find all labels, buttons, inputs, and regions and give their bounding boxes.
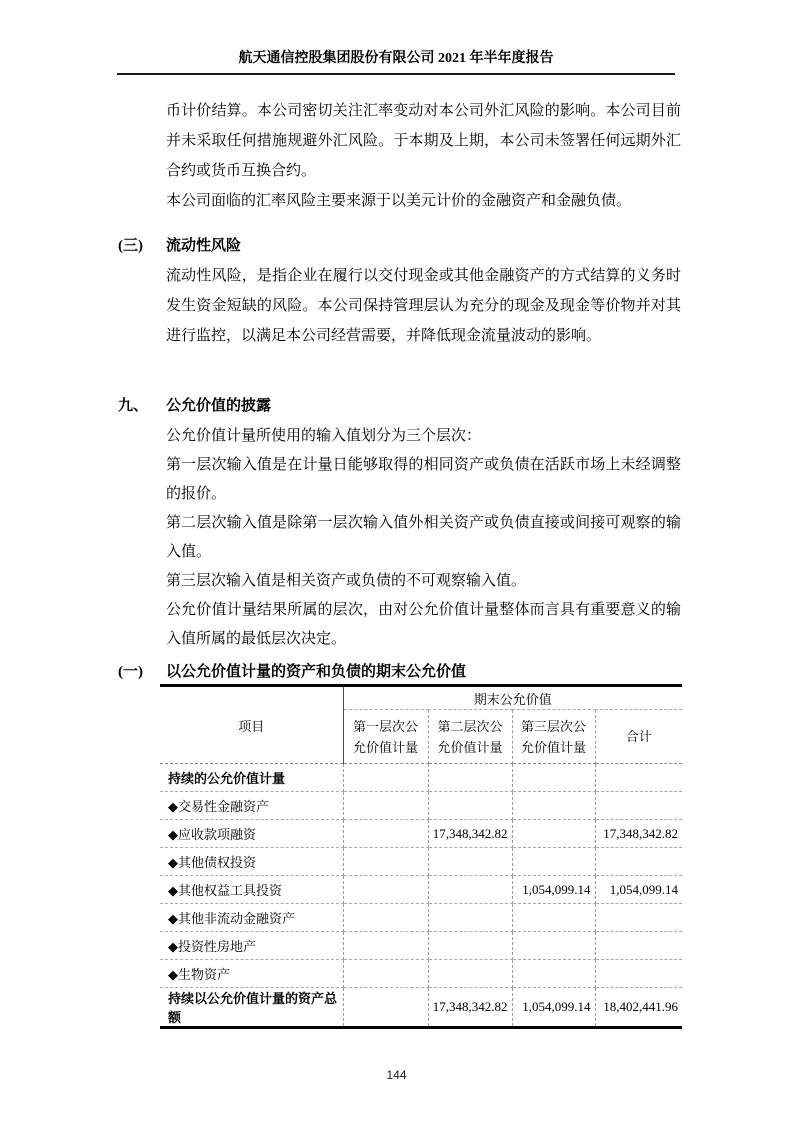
row-value-level2: [428, 960, 512, 988]
row-label: 持续以公允价值计量的资产总额: [160, 988, 343, 1028]
row-value-level1: [343, 960, 428, 988]
table-row: ◆应收款项融资17,348,342.8217,348,342.82: [160, 820, 682, 848]
table-header-group: 期末公允价值: [343, 686, 682, 710]
row-value-level1: [343, 848, 428, 876]
paragraph: 公允价值计量结果所属的层次，由对公允价值计量整体而言具有重要意义的输入值所属的最…: [166, 596, 681, 654]
section-heading: 九、 公允价值的披露: [118, 396, 681, 416]
row-value-level2: [428, 792, 512, 820]
row-label: ◆其他权益工具投资: [160, 876, 343, 904]
row-value-level1: [343, 792, 428, 820]
paragraph: 流动性风险，是指企业在履行以交付现金或其他金融资产的方式结算的义务时发生资金短缺…: [166, 261, 681, 351]
row-value-level3: 1,054,099.14: [512, 876, 595, 904]
report-page: 航天通信控股集团股份有限公司 2021 年半年度报告 币计价结算。本公司密切关注…: [0, 0, 793, 1122]
row-value-total: [595, 960, 682, 988]
page-number: 144: [0, 1068, 793, 1082]
paragraph: 币计价结算。本公司密切关注汇率变动对本公司外汇风险的影响。本公司目前并未采取任何…: [166, 96, 681, 186]
row-value-level3: [512, 932, 595, 960]
row-value-level3: [512, 792, 595, 820]
section-heading: (三) 流动性风险: [118, 236, 681, 256]
table-header-level1: 第一层次公允价值计量: [343, 710, 428, 764]
table-header-item: 项目: [160, 686, 343, 764]
section-title: 以公允价值计量的资产和负债的期末公允价值: [166, 662, 681, 682]
row-value-level1: [343, 904, 428, 932]
section-heading: (一) 以公允价值计量的资产和负债的期末公允价值: [118, 662, 681, 682]
row-value-total: 1,054,099.14: [595, 876, 682, 904]
section-liquidity-risk: (三) 流动性风险 流动性风险，是指企业在履行以交付现金或其他金融资产的方式结算…: [118, 236, 681, 351]
section-title: 流动性风险: [166, 236, 681, 256]
row-value-level2: [428, 876, 512, 904]
section-period-end-fair-value: (一) 以公允价值计量的资产和负债的期末公允价值: [118, 662, 681, 682]
table-header-level2: 第二层次公允价值计量: [428, 710, 512, 764]
section-number: 九、: [118, 396, 148, 416]
table-row: ◆投资性房地产: [160, 932, 682, 960]
table-row: ◆生物资产: [160, 960, 682, 988]
currency-risk-paragraphs: 币计价结算。本公司密切关注汇率变动对本公司外汇风险的影响。本公司目前并未采取任何…: [166, 96, 681, 216]
row-label: ◆投资性房地产: [160, 932, 343, 960]
row-value-level3: [512, 848, 595, 876]
row-value-total: 17,348,342.82: [595, 820, 682, 848]
section-body: 流动性风险，是指企业在履行以交付现金或其他金融资产的方式结算的义务时发生资金短缺…: [166, 261, 681, 351]
table-row: ◆其他权益工具投资1,054,099.141,054,099.14: [160, 876, 682, 904]
paragraph: 公允价值计量所使用的输入值划分为三个层次：: [166, 422, 681, 451]
row-value-level2: [428, 932, 512, 960]
row-value-total: [595, 904, 682, 932]
table-row: 持续以公允价值计量的资产总额17,348,342.821,054,099.141…: [160, 988, 682, 1028]
table-row: ◆交易性金融资产: [160, 792, 682, 820]
row-value-level2: [428, 764, 512, 792]
section-fair-value-disclosure: 九、 公允价值的披露 公允价值计量所使用的输入值划分为三个层次： 第一层次输入值…: [118, 396, 681, 654]
fair-value-table: 项目 期末公允价值 第一层次公允价值计量 第二层次公允价值计量 第三层次公允价值…: [160, 684, 682, 1029]
row-value-total: 18,402,441.96: [595, 988, 682, 1028]
table-row: ◆其他非流动金融资产: [160, 904, 682, 932]
row-label: ◆生物资产: [160, 960, 343, 988]
section-number: (一): [118, 662, 143, 682]
row-value-level2: 17,348,342.82: [428, 988, 512, 1028]
table-header-level3: 第三层次公允价值计量: [512, 710, 595, 764]
row-value-total: [595, 764, 682, 792]
paragraph: 本公司面临的汇率风险主要来源于以美元计价的金融资产和金融负债。: [166, 186, 681, 216]
row-value-level2: [428, 848, 512, 876]
paragraph: 第三层次输入值是相关资产或负债的不可观察输入值。: [166, 567, 681, 596]
row-value-level3: [512, 904, 595, 932]
row-label: ◆其他债权投资: [160, 848, 343, 876]
section-number: (三): [118, 236, 143, 256]
paragraph: 第二层次输入值是除第一层次输入值外相关资产或负债直接或间接可观察的输入值。: [166, 509, 681, 567]
row-value-level2: 17,348,342.82: [428, 820, 512, 848]
row-value-level3: [512, 820, 595, 848]
row-label: ◆交易性金融资产: [160, 792, 343, 820]
row-value-level1: [343, 820, 428, 848]
row-value-total: [595, 792, 682, 820]
row-value-level1: [343, 932, 428, 960]
fair-value-table-body: 持续的公允价值计量◆交易性金融资产◆应收款项融资17,348,342.8217,…: [160, 764, 682, 1028]
row-value-total: [595, 932, 682, 960]
row-value-level1: [343, 988, 428, 1028]
paragraph: 第一层次输入值是在计量日能够取得的相同资产或负债在活跃市场上未经调整的报价。: [166, 451, 681, 509]
table-header-total: 合计: [595, 710, 682, 764]
section-body: 公允价值计量所使用的输入值划分为三个层次： 第一层次输入值是在计量日能够取得的相…: [166, 422, 681, 654]
section-title: 公允价值的披露: [166, 396, 681, 416]
row-label: 持续的公允价值计量: [160, 764, 343, 792]
row-value-level1: [343, 764, 428, 792]
table-row: ◆其他债权投资: [160, 848, 682, 876]
row-label: ◆其他非流动金融资产: [160, 904, 343, 932]
row-value-level3: [512, 960, 595, 988]
row-value-total: [595, 848, 682, 876]
row-value-level1: [343, 876, 428, 904]
row-label: ◆应收款项融资: [160, 820, 343, 848]
table-header-row-group: 项目 期末公允价值: [160, 686, 682, 710]
row-value-level3: 1,054,099.14: [512, 988, 595, 1028]
page-header-title: 航天通信控股集团股份有限公司 2021 年半年度报告: [117, 50, 675, 75]
table-row: 持续的公允价值计量: [160, 764, 682, 792]
row-value-level2: [428, 904, 512, 932]
row-value-level3: [512, 764, 595, 792]
